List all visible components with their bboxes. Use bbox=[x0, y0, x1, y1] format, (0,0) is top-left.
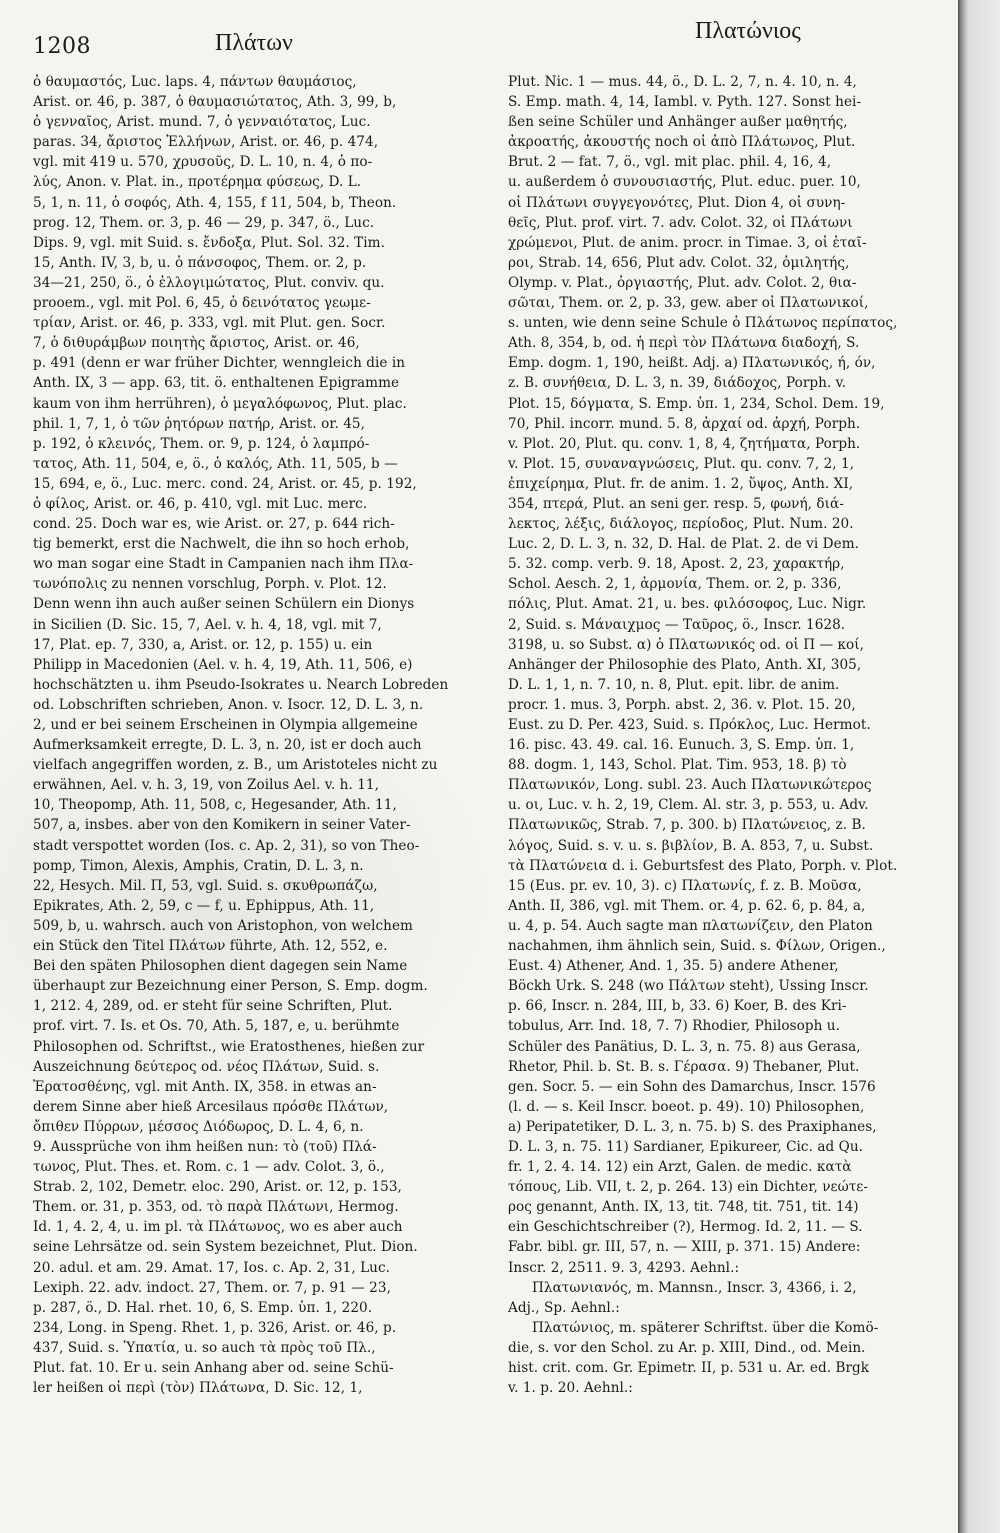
text-line: procr. 1. mus. 3, Porph. abst. 2, 36. v.… bbox=[508, 695, 954, 715]
text-line: Epikrates, Ath. 2, 59, c — f, u. Ephippu… bbox=[33, 896, 486, 916]
text-line: ein Stück den Titel Πλάτων führte, Ath. … bbox=[33, 936, 486, 956]
text-line: Πλατωνικῶς, Strab. 7, p. 300. b) Πλατώνε… bbox=[508, 815, 954, 835]
text-line: prog. 12, Them. or. 3, p. 46 — 29, p. 34… bbox=[33, 213, 486, 233]
text-line: derem Sinne aber hieß Arcesilaus πρόσθε … bbox=[33, 1097, 486, 1117]
text-line: a) Peripatetiker, D. L. 3, n. 75. b) S. … bbox=[508, 1117, 954, 1137]
text-line: s. unten, wie denn seine Schule ὁ Πλάτων… bbox=[508, 313, 954, 333]
text-line: 17, Plat. ep. 7, 330, a, Arist. or. 12, … bbox=[33, 635, 486, 655]
text-line: Philipp in Macedonien (Ael. v. h. 4, 19,… bbox=[33, 655, 486, 675]
text-line: fr. 1, 2. 4. 14. 12) ein Arzt, Galen. de… bbox=[508, 1157, 954, 1177]
running-headword-left: Πλάτων bbox=[215, 30, 293, 57]
text-line: 16. pisc. 43. 49. cal. 16. Eunuch. 3, S.… bbox=[508, 735, 954, 755]
text-line: u. 4, p. 54. Auch sagte man πλατωνίζειν,… bbox=[508, 916, 954, 936]
text-line: v. Plot. 20, Plut. qu. conv. 1, 8, 4, ζη… bbox=[508, 434, 954, 454]
text-line: 9. Aussprüche von ihm heißen nun: τὸ (το… bbox=[33, 1137, 486, 1157]
text-line: 22, Hesych. Mil. Π, 53, vgl. Suid. s. σκ… bbox=[33, 876, 486, 896]
text-line: prof. virt. 7. Is. et Os. 70, Ath. 5, 18… bbox=[33, 1016, 486, 1036]
text-line: Brut. 2 — fat. 7, ö., vgl. mit plac. phi… bbox=[508, 152, 954, 172]
text-line: Plut. Nic. 1 — mus. 44, ö., D. L. 2, 7, … bbox=[508, 72, 954, 92]
text-line: kaum von ihm herrühren), ὁ μεγαλόφωνος, … bbox=[33, 394, 486, 414]
scanned-page: 1208 Πλάτων Πλατώνιος ὁ θαυμαστός, Luc. … bbox=[0, 0, 958, 1533]
text-line: Lexiph. 22. adv. indoct. 27, Them. or. 7… bbox=[33, 1278, 486, 1298]
page-edge bbox=[958, 0, 1000, 1533]
text-line: πόλις, Plut. Amat. 21, u. bes. φιλόσοφος… bbox=[508, 594, 954, 614]
entry-headword-line: Πλατώνιος, m. späterer Schriftst. über d… bbox=[508, 1318, 954, 1338]
text-line: τωνόπολις zu nennen vorschlug, Porph. v.… bbox=[33, 574, 486, 594]
text-line: 7, ὁ διθυράμβων ποιητὴς ἄριστος, Arist. … bbox=[33, 333, 486, 353]
text-line: Anth. IX, 3 — app. 63, tit. ö. enthalten… bbox=[33, 373, 486, 393]
text-line: ler heißen οἱ περὶ (τὸν) Πλάτωνα, D. Sic… bbox=[33, 1378, 486, 1398]
text-line: ἐπιχείρημα, Plut. fr. de anim. 1. 2, ὕψο… bbox=[508, 474, 954, 494]
text-line: vgl. mit 419 u. 570, χρυσοῦς, D. L. 10, … bbox=[33, 152, 486, 172]
text-line: σῶται, Them. or. 2, p. 33, gew. aber οἱ … bbox=[508, 293, 954, 313]
text-line: Anhänger der Philosophie des Plato, Anth… bbox=[508, 655, 954, 675]
text-line: vielfach angegriffen worden, z. B., um A… bbox=[33, 755, 486, 775]
text-line: ὁ φίλος, Arist. or. 46, p. 410, vgl. mit… bbox=[33, 494, 486, 514]
text-line: λόγος, Suid. s. v. u. s. βιβλίον, B. A. … bbox=[508, 836, 954, 856]
text-line: 3198, u. so Subst. α) ὁ Πλατωνικός od. ο… bbox=[508, 635, 954, 655]
text-line: τρίαν, Arist. or. 46, p. 333, vgl. mit P… bbox=[33, 313, 486, 333]
text-line: 1, 212. 4, 289, od. er steht für seine S… bbox=[33, 996, 486, 1016]
text-line: hochschätzten u. ihm Pseudo-Isokrates u.… bbox=[33, 675, 486, 695]
text-line: nachahmen, ihm ähnlich sein, Suid. s. Φί… bbox=[508, 936, 954, 956]
text-line: Ath. 8, 354, b, od. ἡ περὶ τὸν Πλάτωνα δ… bbox=[508, 333, 954, 353]
text-line: 20. adul. et am. 29. Amat. 17, Ios. c. A… bbox=[33, 1258, 486, 1278]
text-line: tobulus, Arr. Ind. 18, 7. 7) Rhodier, Ph… bbox=[508, 1016, 954, 1036]
text-line: Böckh Urk. S. 248 (wo Πάλτων steht), Uss… bbox=[508, 976, 954, 996]
text-line: Emp. dogm. 1, 190, heißt. Adj. a) Πλατων… bbox=[508, 353, 954, 373]
text-line: 509, b, u. wahrsch. auch von Aristophon,… bbox=[33, 916, 486, 936]
text-line: ὁ θαυμαστός, Luc. laps. 4, πάντων θαυμάσ… bbox=[33, 72, 486, 92]
text-line: (l. d. — s. Keil Inscr. boeot. p. 49). 1… bbox=[508, 1097, 954, 1117]
text-line: ὁ γενναῖος, Arist. mund. 7, ὁ γενναιότατ… bbox=[33, 112, 486, 132]
text-line: D. L. 3, n. 75. 11) Sardianer, Epikureer… bbox=[508, 1137, 954, 1157]
text-line: z. B. συνήθεια, D. L. 3, n. 39, διάδοχος… bbox=[508, 373, 954, 393]
text-line: p. 192, ὁ κλεινός, Them. or. 9, p. 124, … bbox=[33, 434, 486, 454]
text-line: τωνος, Plut. Thes. et. Rom. c. 1 — adv. … bbox=[33, 1157, 486, 1177]
page-number: 1208 bbox=[33, 34, 91, 59]
text-line: ρος genannt, Anth. IX, 13, tit. 748, tit… bbox=[508, 1197, 954, 1217]
text-line: οἱ Πλάτωνι συγγεγονότες, Plut. Dion 4, ο… bbox=[508, 193, 954, 213]
text-line: 10, Theopomp, Ath. 11, 508, c, Hegesande… bbox=[33, 795, 486, 815]
text-line: die, s. vor den Schol. zu Ar. p. XIII, D… bbox=[508, 1338, 954, 1358]
text-line: Schüler des Panätius, D. L. 3, n. 75. 8)… bbox=[508, 1037, 954, 1057]
text-line: 354, πτερά, Plut. an seni ger. resp. 5, … bbox=[508, 494, 954, 514]
text-line: 234, Long. in Speng. Rhet. 1, p. 326, Ar… bbox=[33, 1318, 486, 1338]
text-line: p. 491 (denn er war früher Dichter, wenn… bbox=[33, 353, 486, 373]
text-line: 34—21, 250, ö., ὁ ἐλλογιμώτατος, Plut. c… bbox=[33, 273, 486, 293]
text-line: θεῖς, Plut. prof. virt. 7. adv. Colot. 3… bbox=[508, 213, 954, 233]
right-column: Plut. Nic. 1 — mus. 44, ö., D. L. 2, 7, … bbox=[508, 72, 954, 1398]
text-line: τόπους, Lib. VII, t. 2, p. 264. 13) ein … bbox=[508, 1177, 954, 1197]
text-line: überhaupt zur Bezeichnung einer Person, … bbox=[33, 976, 486, 996]
left-column: ὁ θαυμαστός, Luc. laps. 4, πάντων θαυμάσ… bbox=[33, 72, 486, 1398]
text-line: erwähnen, Ael. v. h. 3, 19, von Zoilus A… bbox=[33, 775, 486, 795]
text-line: gen. Socr. 5. — ein Sohn des Damarchus, … bbox=[508, 1077, 954, 1097]
text-line: stadt verspottet worden (Ios. c. Ap. 2, … bbox=[33, 836, 486, 856]
text-line: ἀκροατής, ἀκουστής noch οἱ ἀπὸ Πλάτωνος,… bbox=[508, 132, 954, 152]
text-line: Rhetor, Phil. b. St. B. s. Γέρασα. 9) Th… bbox=[508, 1057, 954, 1077]
text-line: 2, und er bei seinem Erscheinen in Olymp… bbox=[33, 715, 486, 735]
text-line: 70, Phil. incorr. mund. 5. 8, ἀρχαί od. … bbox=[508, 414, 954, 434]
text-line: ßen seine Schüler und Anhänger außer μαθ… bbox=[508, 112, 954, 132]
text-line: Olymp. v. Plat., ὀργιαστής, Plut. adv. C… bbox=[508, 273, 954, 293]
text-line: 15 (Eus. pr. ev. 10, 3). c) Πλατωνίς, f.… bbox=[508, 876, 954, 896]
text-line: 5, 1, n. 11, ὁ σοφός, Ath. 4, 155, f 11,… bbox=[33, 193, 486, 213]
text-line: Bei den späten Philosophen dient dagegen… bbox=[33, 956, 486, 976]
text-line: p. 287, ö., D. Hal. rhet. 10, 6, S. Emp.… bbox=[33, 1298, 486, 1318]
text-line: ein Geschichtschreiber (?), Hermog. Id. … bbox=[508, 1217, 954, 1237]
text-line: S. Emp. math. 4, 14, Iambl. v. Pyth. 127… bbox=[508, 92, 954, 112]
text-line: u. außerdem ὁ συνουσιαστής, Plut. educ. … bbox=[508, 172, 954, 192]
page-header: 1208 Πλάτων Πλατώνιος bbox=[0, 30, 958, 70]
text-line: v. Plot. 15, συναναγνώσεις, Plut. qu. co… bbox=[508, 454, 954, 474]
text-line: cond. 25. Doch war es, wie Arist. or. 27… bbox=[33, 514, 486, 534]
text-line: Schol. Aesch. 2, 1, ἁρμονία, Them. or. 2… bbox=[508, 574, 954, 594]
text-line: Πλατωνικόν, Long. subl. 23. Auch Πλατωνι… bbox=[508, 775, 954, 795]
text-line: Aufmerksamkeit erregte, D. L. 3, n. 20, … bbox=[33, 735, 486, 755]
text-line: p. 66, Inscr. n. 284, III, b, 33. 6) Koe… bbox=[508, 996, 954, 1016]
text-line: pomp, Timon, Alexis, Amphis, Cratin, D. … bbox=[33, 856, 486, 876]
text-line: Ἐρατοσθένης, vgl. mit Anth. IX, 358. in … bbox=[33, 1077, 486, 1097]
text-line: Strab. 2, 102, Demetr. eloc. 290, Arist.… bbox=[33, 1177, 486, 1197]
text-line: Adj., Sp. Aehnl.: bbox=[508, 1298, 954, 1318]
text-line: u. οι, Luc. v. h. 2, 19, Clem. Al. str. … bbox=[508, 795, 954, 815]
text-line: Philosophen od. Schriftst., wie Eratosth… bbox=[33, 1037, 486, 1057]
text-line: λύς, Anon. v. Plat. in., προτέρημα φύσεω… bbox=[33, 172, 486, 192]
text-line: Denn wenn ihn auch außer seinen Schülern… bbox=[33, 594, 486, 614]
text-line: τατος, Ath. 11, 504, e, ö., ὁ καλός, Ath… bbox=[33, 454, 486, 474]
text-line: Fabr. bibl. gr. III, 57, n. — XIII, p. 3… bbox=[508, 1237, 954, 1257]
text-line: in Sicilien (D. Sic. 15, 7, Ael. v. h. 4… bbox=[33, 615, 486, 635]
text-line: 88. dogm. 1, 143, Schol. Plat. Tim. 953,… bbox=[508, 755, 954, 775]
text-line: Auszeichnung δεύτερος od. νέος Πλάτων, S… bbox=[33, 1057, 486, 1077]
text-line: Id. 1, 4. 2, 4, u. im pl. τὰ Πλάτωνος, w… bbox=[33, 1217, 486, 1237]
text-line: Inscr. 2, 2511. 9. 3, 4293. Aehnl.: bbox=[508, 1258, 954, 1278]
text-line: 507, a, insbes. aber von den Komikern in… bbox=[33, 815, 486, 835]
text-line: wo man sogar eine Stadt in Campanien nac… bbox=[33, 554, 486, 574]
text-line: Eust. zu D. Per. 423, Suid. s. Πρόκλος, … bbox=[508, 715, 954, 735]
text-line: 15, 694, e, ö., Luc. merc. cond. 24, Ari… bbox=[33, 474, 486, 494]
text-line: Luc. 2, D. L. 3, n. 32, D. Hal. de Plat.… bbox=[508, 534, 954, 554]
text-line: od. Lobschriften schrieben, Anon. v. Iso… bbox=[33, 695, 486, 715]
text-line: χρώμενοι, Plut. de anim. procr. in Timae… bbox=[508, 233, 954, 253]
text-line: tig bemerkt, erst die Nachwelt, die ihn … bbox=[33, 534, 486, 554]
text-line: hist. crit. com. Gr. Epimetr. II, p. 531… bbox=[508, 1358, 954, 1378]
text-line: D. L. 1, 1, n. 7. 10, n. 8, Plut. epit. … bbox=[508, 675, 954, 695]
text-line: ὄπιθεν Πύρρων, μέσσος Διόδωρος, D. L. 4,… bbox=[33, 1117, 486, 1137]
text-line: Them. or. 31, p. 353, od. τὸ παρὰ Πλάτων… bbox=[33, 1197, 486, 1217]
text-line: Plot. 15, δόγματα, S. Emp. ὑπ. 1, 234, S… bbox=[508, 394, 954, 414]
running-headword-right: Πλατώνιος bbox=[695, 18, 801, 45]
text-line: paras. 34, ἄριστος Ἑλλήνων, Arist. or. 4… bbox=[33, 132, 486, 152]
text-line: λεκτος, λέξις, διάλογος, περίοδος, Plut.… bbox=[508, 514, 954, 534]
text-line: Eust. 4) Athener, And. 1, 35. 5) andere … bbox=[508, 956, 954, 976]
text-line: 2, Suid. s. Μάναιχμος — Ταῦρος, ö., Insc… bbox=[508, 615, 954, 635]
text-line: seine Lehrsätze od. sein System bezeichn… bbox=[33, 1237, 486, 1257]
entry-headword-line: Πλατωνιανός, m. Mannsn., Inscr. 3, 4366,… bbox=[508, 1278, 954, 1298]
text-line: ροι, Strab. 14, 656, Plut adv. Colot. 32… bbox=[508, 253, 954, 273]
text-line: τὰ Πλατώνεια d. i. Geburtsfest des Plato… bbox=[508, 856, 954, 876]
text-line: phil. 1, 7, 1, ὁ τῶν ῥητόρων πατήρ, Aris… bbox=[33, 414, 486, 434]
text-line: 5. 32. comp. verb. 9. 18, Apost. 2, 23, … bbox=[508, 554, 954, 574]
text-line: Arist. or. 46, p. 387, ὁ θαυμασιώτατος, … bbox=[33, 92, 486, 112]
text-line: 15, Anth. IV, 3, b, u. ὁ πάνσοφος, Them.… bbox=[33, 253, 486, 273]
text-line: v. 1. p. 20. Aehnl.: bbox=[508, 1378, 954, 1398]
text-line: prooem., vgl. mit Pol. 6, 45, ὁ δεινότατ… bbox=[33, 293, 486, 313]
text-line: 437, Suid. s. Ὑπατία, u. so auch τὰ πρὸς… bbox=[33, 1338, 486, 1358]
text-line: Plut. fat. 10. Er u. sein Anhang aber od… bbox=[33, 1358, 486, 1378]
text-line: Anth. II, 386, vgl. mit Them. or. 4, p. … bbox=[508, 896, 954, 916]
text-line: Dips. 9, vgl. mit Suid. s. ἔνδοξα, Plut.… bbox=[33, 233, 486, 253]
